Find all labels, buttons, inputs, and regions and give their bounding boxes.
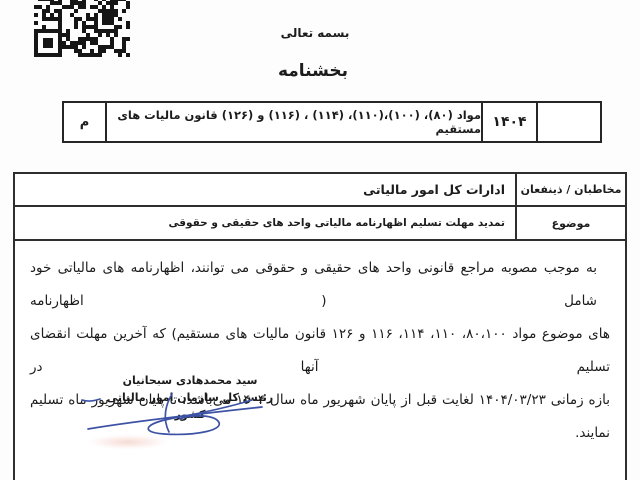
document-page: بسمه تعالی بخشنامه ۱۴۰۴ مواد (۸۰)، (۱۰۰)… <box>0 0 640 480</box>
year-cell: ۱۴۰۴ <box>481 103 536 141</box>
addressees-value: ادارات کل امور مالیاتی <box>15 174 515 205</box>
table-row-addressees: مخاطبان / ذینفعان ادارات کل امور مالیاتی <box>15 174 625 205</box>
bismillah-heading: بسمه تعالی <box>0 26 630 40</box>
document-type-title: بخشنامه <box>0 61 626 81</box>
articles-cell: مواد (۸۰)، (۱۰۰)،(۱۱۰)، (۱۱۴) ، (۱۱۶) و … <box>105 103 481 141</box>
signatory-name: سید محمدهادی سبحانیان <box>95 372 285 389</box>
table-row-subject: موضوع تمدید مهلت تسلیم اظهارنامه مالیاتی… <box>15 205 625 239</box>
classification-table: ۱۴۰۴ مواد (۸۰)، (۱۰۰)،(۱۱۰)، (۱۱۴) ، (۱۱… <box>62 101 602 143</box>
subject-value: تمدید مهلت تسلیم اظهارنامه مالیاتی واحد … <box>15 207 515 239</box>
addressees-label: مخاطبان / ذینفعان <box>515 174 625 205</box>
category-cell: م <box>64 103 105 141</box>
serial-cell <box>536 103 600 141</box>
subject-label: موضوع <box>515 207 625 239</box>
body-line: به موجب مصوبه مراجع قانونی واحد های حقیق… <box>30 252 610 318</box>
faded-stamp-smudge <box>88 435 168 449</box>
